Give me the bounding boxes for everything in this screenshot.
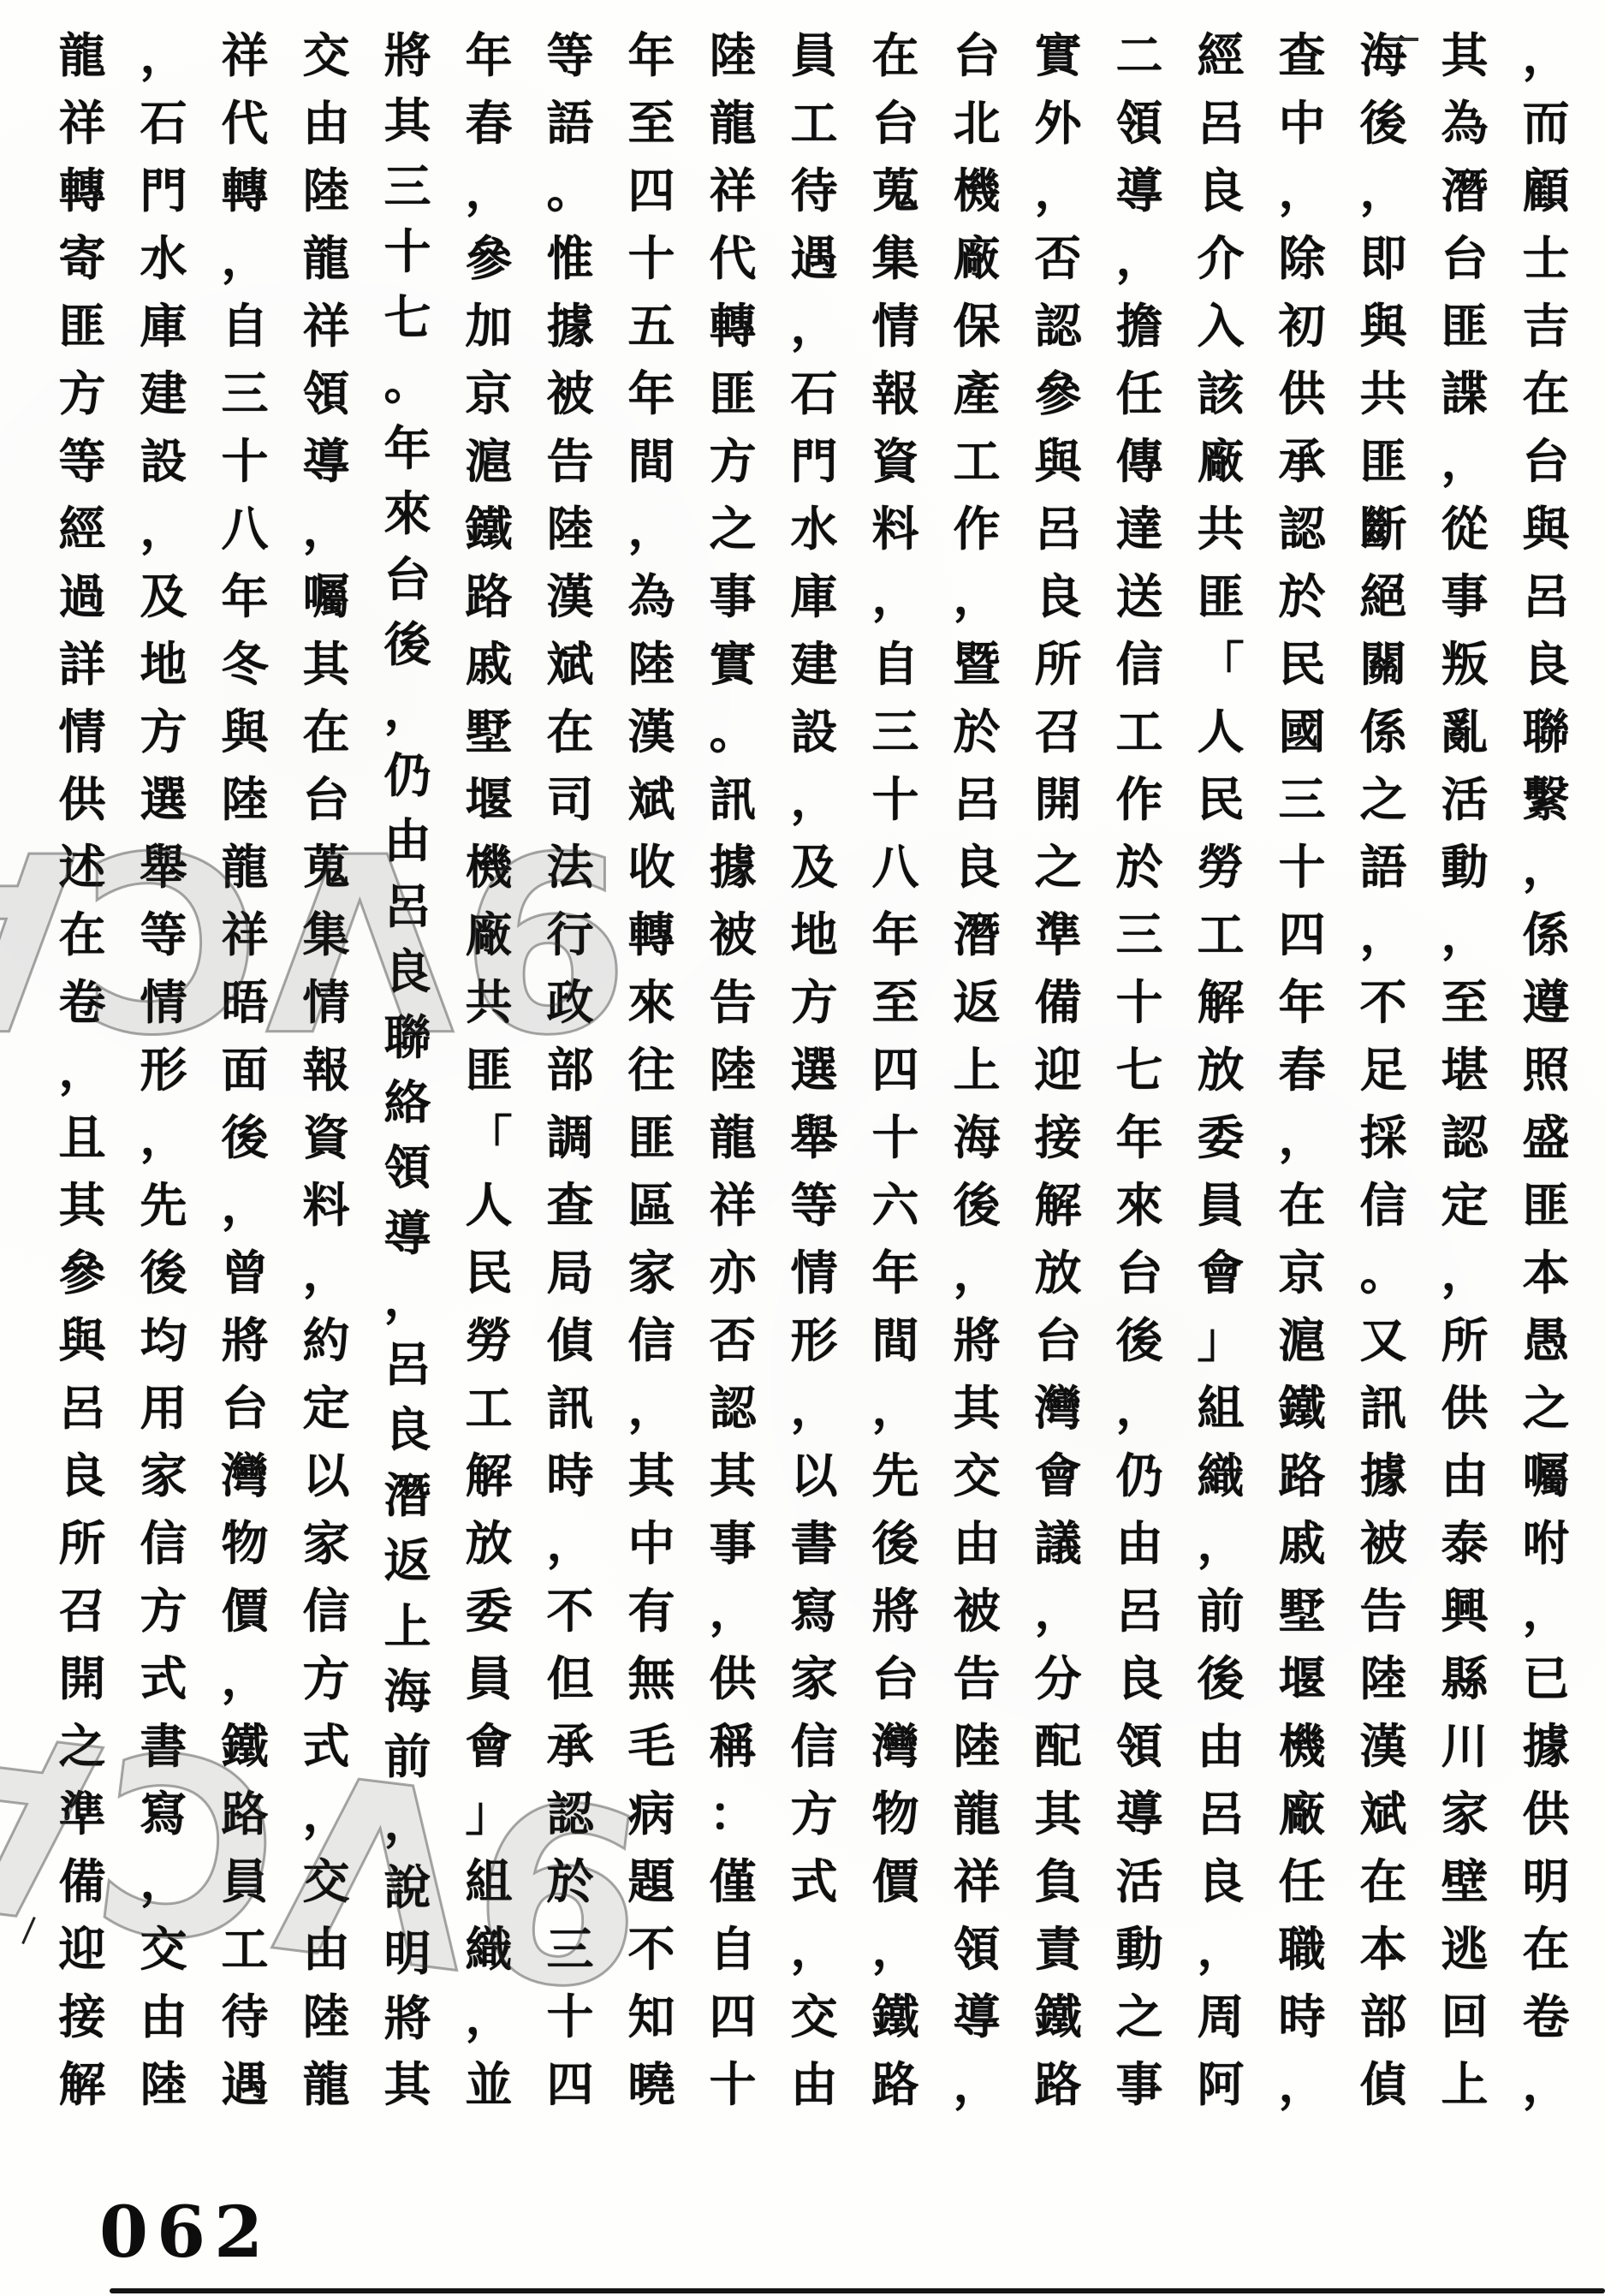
glyph: 由 [302, 1926, 349, 1973]
glyph: 吉 [1522, 303, 1569, 350]
glyph: 前 [383, 1734, 431, 1781]
glyph: 台 [1115, 1250, 1162, 1297]
glyph: 無 [627, 1656, 675, 1703]
glyph: 遵 [1522, 979, 1569, 1026]
glyph: 工 [790, 100, 837, 147]
glyph: 聯 [383, 1014, 431, 1062]
glyph: 查 [546, 1182, 593, 1229]
glyph: 信 [1359, 1182, 1406, 1229]
glyph: 與 [1522, 506, 1569, 553]
glyph: 稱 [709, 1723, 756, 1770]
glyph: 其 [383, 98, 431, 145]
glyph: 十 [871, 1115, 918, 1162]
glyph: 於 [546, 1859, 593, 1906]
glyph: 物 [871, 1791, 918, 1838]
glyph: 至 [871, 979, 918, 1026]
glyph: 卷 [1522, 1994, 1569, 2041]
glyph: 龍 [302, 2061, 349, 2109]
glyph: ， [871, 1385, 918, 1432]
glyph: 石 [140, 100, 187, 147]
glyph: 領 [1115, 1723, 1162, 1770]
glyph: 放 [465, 1520, 512, 1567]
glyph: 資 [871, 438, 918, 485]
scan-edge-artifact [110, 2288, 1605, 2293]
glyph: ， [1197, 1520, 1244, 1567]
glyph: 承 [1278, 438, 1325, 485]
glyph: 動 [1441, 844, 1488, 891]
glyph: 方 [140, 709, 187, 756]
text-column: 年春，參加京滬鐵路戚墅堰機廠共匪「人民勞工解放委員會」組織，並 [459, 33, 519, 2109]
glyph: 晤 [221, 979, 268, 1026]
glyph: 召 [58, 1588, 105, 1635]
glyph: ， [790, 303, 837, 350]
glyph: ， [1441, 438, 1488, 485]
glyph: 毛 [627, 1723, 675, 1770]
text-column: 祥代轉，自三十八年冬與陸龍祥晤面後，曾將台灣物價，鐵路員工待遇 [215, 33, 275, 2109]
glyph: 陸 [546, 506, 593, 553]
glyph: 集 [302, 912, 349, 959]
glyph: 準 [1034, 912, 1081, 959]
glyph: 事 [1441, 574, 1488, 621]
glyph: ， [465, 168, 512, 215]
glyph: 工 [1115, 709, 1162, 756]
glyph: 題 [627, 1859, 675, 1906]
glyph: 台 [1034, 1318, 1081, 1365]
glyph: ， [871, 1926, 918, 1973]
glyph: 聯 [1522, 709, 1569, 756]
glyph: 收 [627, 844, 675, 891]
glyph: 曉 [627, 2061, 675, 2109]
glyph: 語 [1359, 844, 1406, 891]
glyph: 集 [871, 235, 918, 283]
glyph: 龍 [709, 100, 756, 147]
glyph: 斌 [546, 641, 593, 688]
glyph: 呂 [1115, 1588, 1162, 1635]
glyph: 被 [953, 1588, 1000, 1635]
glyph: 之 [58, 1723, 105, 1770]
glyph: 十 [871, 776, 918, 824]
glyph: 北 [953, 100, 1000, 147]
glyph: 外 [1034, 100, 1081, 147]
glyph: 認 [709, 1385, 756, 1432]
glyph: 匪 [1359, 438, 1406, 485]
glyph: 達 [1115, 506, 1162, 553]
glyph: 墅 [1278, 1588, 1325, 1635]
glyph: 供 [1522, 1791, 1569, 1838]
glyph: 呂 [1522, 574, 1569, 621]
glyph: 周 [1197, 1994, 1244, 2041]
glyph: 用 [140, 1385, 187, 1432]
glyph: 祥 [58, 100, 105, 147]
glyph: 資 [302, 1115, 349, 1162]
glyph: 被 [1359, 1520, 1406, 1567]
glyph: ， [383, 1276, 431, 1323]
glyph: 匪 [1441, 303, 1488, 350]
glyph: ， [1197, 1926, 1244, 1973]
glyph: 十 [1278, 844, 1325, 891]
scanned-document-page: { "document": { "page_number": "062", "w… [0, 0, 1605, 2296]
glyph: 匪 [709, 371, 756, 418]
glyph: 放 [1197, 1047, 1244, 1094]
glyph: 後 [1115, 1318, 1162, 1365]
glyph: 之 [1034, 844, 1081, 891]
glyph: 有 [627, 1588, 675, 1635]
text-column: 等語。惟據被告陸漢斌在司法行政部調查局偵訊時，不但承認於三十四 [540, 33, 600, 2109]
glyph: 選 [140, 776, 187, 824]
glyph: 祥 [302, 303, 349, 350]
glyph: 部 [1359, 1994, 1406, 2041]
glyph: ， [627, 1385, 675, 1432]
glyph: 將 [383, 1996, 431, 2043]
glyph: 鐵 [1278, 1385, 1325, 1432]
glyph: 絕 [1359, 574, 1406, 621]
glyph: 十 [709, 2061, 756, 2109]
glyph: 導 [1115, 168, 1162, 215]
glyph: 後 [871, 1520, 918, 1567]
glyph: 方 [140, 1588, 187, 1635]
glyph: 至 [1441, 979, 1488, 1026]
glyph: 自 [871, 641, 918, 688]
glyph: 年 [465, 33, 512, 80]
glyph: 呂 [383, 883, 431, 931]
glyph: 京 [1278, 1250, 1325, 1297]
glyph: 動 [1115, 1926, 1162, 1973]
glyph: 訊 [546, 1385, 593, 1432]
glyph: 情 [302, 979, 349, 1026]
glyph: 暨 [953, 641, 1000, 688]
glyph: 門 [790, 438, 837, 485]
glyph: ， [465, 1994, 512, 2041]
glyph: 等 [140, 912, 187, 959]
glyph: 信 [627, 1318, 675, 1365]
glyph: 仍 [383, 752, 431, 800]
glyph: 後 [953, 1182, 1000, 1229]
glyph: 春 [465, 100, 512, 147]
glyph: 國 [1278, 709, 1325, 756]
glyph: 不 [546, 1588, 593, 1635]
glyph: 放 [1034, 1250, 1081, 1297]
glyph: 由 [1115, 1520, 1162, 1567]
glyph: 除 [1278, 235, 1325, 283]
glyph: 。 [1359, 1250, 1406, 1297]
glyph: 實 [1034, 33, 1081, 80]
glyph: 活 [1115, 1859, 1162, 1906]
glyph: 以 [302, 1453, 349, 1500]
glyph: 分 [1034, 1656, 1081, 1703]
glyph: 仍 [1115, 1453, 1162, 1500]
glyph: 解 [1034, 1182, 1081, 1229]
glyph: 機 [465, 844, 512, 891]
glyph: 據 [1522, 1723, 1569, 1770]
glyph: 後 [221, 1115, 268, 1162]
glyph: 在 [871, 33, 918, 80]
glyph: 為 [1441, 100, 1488, 147]
text-column: 經呂良介入該廠共匪「人民勞工解放委員會」組織，前後由呂良，周阿 [1191, 33, 1251, 2109]
glyph: 人 [465, 1182, 512, 1229]
glyph: 領 [1115, 100, 1162, 147]
glyph: 海 [383, 1668, 431, 1716]
glyph: 方 [790, 979, 837, 1026]
glyph: 告 [953, 1656, 1000, 1703]
glyph: 亦 [709, 1250, 756, 1297]
glyph: 鐵 [871, 1994, 918, 2041]
glyph: 之 [709, 506, 756, 553]
glyph: 共 [1359, 371, 1406, 418]
glyph: 年 [871, 912, 918, 959]
glyph: 接 [58, 1994, 105, 2041]
glyph: 返 [953, 979, 1000, 1026]
glyph: 作 [1115, 776, 1162, 824]
glyph: 形 [140, 1047, 187, 1094]
glyph: 灣 [221, 1453, 268, 1500]
glyph: 介 [1197, 235, 1244, 283]
glyph: 轉 [221, 168, 268, 215]
glyph: 設 [790, 709, 837, 756]
glyph: 人 [1197, 709, 1244, 756]
glyph: ， [302, 1791, 349, 1838]
glyph: 十 [627, 235, 675, 283]
glyph: 建 [140, 371, 187, 418]
glyph: 信 [302, 1588, 349, 1635]
glyph: 滬 [465, 438, 512, 485]
glyph: ： [709, 1791, 756, 1838]
glyph: 陸 [709, 1047, 756, 1094]
text-column: 龍祥轉寄匪方等經過詳情供述在卷，且其參與呂良所召開之準備迎接解 [52, 33, 112, 2109]
glyph: 匪 [627, 1115, 675, 1162]
glyph: ， [140, 506, 187, 553]
glyph: 陸 [953, 1723, 1000, 1770]
glyph: 員 [1197, 1182, 1244, 1229]
glyph: 龍 [221, 844, 268, 891]
glyph: 戚 [1278, 1520, 1325, 1567]
glyph: 據 [1359, 1453, 1406, 1500]
glyph: 報 [302, 1047, 349, 1094]
glyph: 泰 [1441, 1520, 1488, 1567]
glyph: 將 [871, 1588, 918, 1635]
glyph: 堰 [1278, 1656, 1325, 1703]
glyph: ， [1441, 1250, 1488, 1297]
glyph: 供 [709, 1656, 756, 1703]
glyph: 路 [1034, 2061, 1081, 2109]
glyph: 任 [1278, 1859, 1325, 1906]
glyph: 負 [1034, 1859, 1081, 1906]
glyph: 三 [871, 709, 918, 756]
glyph: 議 [1034, 1520, 1081, 1567]
glyph: 廠 [1197, 438, 1244, 485]
glyph: 良 [1034, 574, 1081, 621]
glyph: 建 [790, 641, 837, 688]
glyph: 召 [1034, 709, 1081, 756]
glyph: 陸 [302, 168, 349, 215]
glyph: 呂 [1197, 100, 1244, 147]
glyph: 任 [1115, 371, 1162, 418]
glyph: 漢 [627, 709, 675, 756]
glyph: 工 [465, 1385, 512, 1432]
glyph: 料 [871, 506, 918, 553]
glyph: 由 [953, 1520, 1000, 1567]
glyph: 信 [790, 1723, 837, 1770]
glyph: 之 [1359, 776, 1406, 824]
glyph: 漢 [1359, 1723, 1406, 1770]
glyph: 委 [1197, 1115, 1244, 1162]
glyph: 送 [1115, 574, 1162, 621]
glyph: 年 [627, 371, 675, 418]
glyph: 偵 [546, 1318, 593, 1365]
glyph: 中 [627, 1520, 675, 1567]
glyph: 四 [546, 2061, 593, 2109]
glyph: 舉 [790, 1115, 837, 1162]
glyph: 告 [1359, 1588, 1406, 1635]
glyph: 開 [58, 1656, 105, 1703]
text-column: 將其三十七。年來台後，仍由呂良聯絡領導，呂良潛返上海前，說明將其 [377, 33, 437, 2109]
glyph: 水 [790, 506, 837, 553]
glyph: 訊 [709, 776, 756, 824]
glyph: 以 [790, 1453, 837, 1500]
glyph: 年 [627, 33, 675, 80]
glyph: 呂 [1197, 1791, 1244, 1838]
glyph: 僅 [709, 1859, 756, 1906]
glyph: 其 [1034, 1791, 1081, 1838]
glyph: 上 [1441, 2061, 1488, 2109]
glyph: 台 [871, 100, 918, 147]
glyph: 祥 [709, 1182, 756, 1229]
glyph: 春 [1278, 1047, 1325, 1094]
glyph: ， [302, 506, 349, 553]
glyph: 灣 [871, 1723, 918, 1770]
glyph: 至 [627, 100, 675, 147]
glyph: 供 [58, 776, 105, 824]
glyph: 在 [546, 709, 593, 756]
glyph: 價 [871, 1859, 918, 1906]
glyph: 偵 [1359, 2061, 1406, 2109]
glyph: 與 [221, 709, 268, 756]
glyph: 於 [1115, 844, 1162, 891]
text-column: 員工待遇，石門水庫建設，及地方選舉等情形，以書寫家信方式，交由 [784, 33, 844, 2109]
glyph: 鐵 [1034, 1994, 1081, 2041]
glyph: 台 [302, 776, 349, 824]
glyph: 台 [953, 33, 1000, 80]
glyph: 事 [709, 1520, 756, 1567]
glyph: 寫 [140, 1791, 187, 1838]
glyph: 代 [221, 100, 268, 147]
glyph: 逃 [1441, 1926, 1488, 1973]
glyph: 準 [58, 1791, 105, 1838]
glyph: 認 [1034, 303, 1081, 350]
glyph: 陸 [1359, 1656, 1406, 1703]
glyph: ， [302, 1250, 349, 1297]
glyph: 訊 [1359, 1385, 1406, 1432]
glyph: 十 [383, 229, 431, 276]
glyph: 知 [627, 1994, 675, 2041]
glyph: 開 [1034, 776, 1081, 824]
glyph: 交 [140, 1926, 187, 1973]
glyph: 定 [302, 1385, 349, 1432]
glyph: 縣 [1441, 1656, 1488, 1703]
glyph: 庫 [140, 303, 187, 350]
glyph: 認 [1441, 1115, 1488, 1162]
glyph: 民 [1278, 641, 1325, 688]
glyph: 蒐 [871, 168, 918, 215]
glyph: 顧 [1522, 168, 1569, 215]
glyph: 導 [383, 1210, 431, 1258]
glyph: 良 [383, 1407, 431, 1454]
glyph: 據 [546, 303, 593, 350]
glyph: 呂 [58, 1385, 105, 1432]
text-column: ，而顧士吉在台與呂良聯繫，係遵照盛匪本愚之囑咐，已據供明在卷， [1516, 33, 1576, 2109]
glyph: 行 [546, 912, 593, 959]
glyph: 組 [465, 1859, 512, 1906]
text-column: 查中，除初供承認於民國三十四年春，在京滬鐵路戚墅堰機廠任職時， [1272, 33, 1332, 2109]
glyph: 後 [1359, 100, 1406, 147]
glyph: 採 [1359, 1115, 1406, 1162]
glyph: 三 [1115, 912, 1162, 959]
glyph: 回 [1441, 1994, 1488, 2041]
glyph: 交 [953, 1453, 1000, 1500]
glyph: 在 [1522, 1926, 1569, 1973]
glyph: 調 [546, 1115, 593, 1162]
glyph: 工 [953, 438, 1000, 485]
glyph: 滬 [1278, 1318, 1325, 1365]
glyph: 信 [1115, 641, 1162, 688]
glyph: 台 [1441, 235, 1488, 283]
glyph: 龍 [58, 33, 105, 80]
glyph: 斌 [1359, 1791, 1406, 1838]
glyph: ， [1522, 33, 1569, 80]
glyph: 機 [1278, 1723, 1325, 1770]
text-column: 陸龍祥代轉匪方之事實。訊據被告陸龍祥亦否認其事，供稱：僅自四十 [703, 33, 763, 2109]
glyph: 情 [140, 979, 187, 1026]
glyph: 前 [1197, 1588, 1244, 1635]
glyph: 興 [1441, 1588, 1488, 1635]
glyph: 備 [1034, 979, 1081, 1026]
glyph: 明 [1522, 1859, 1569, 1906]
glyph: 經 [58, 506, 105, 553]
text-column: 年至四十五年間，為陸漢斌收轉來往匪區家信，其中有無毛病題不知曉 [621, 33, 681, 2109]
glyph: 陸 [140, 2061, 187, 2109]
glyph: 據 [709, 844, 756, 891]
glyph: 廠 [1278, 1791, 1325, 1838]
glyph: 轉 [627, 912, 675, 959]
glyph: 料 [302, 1182, 349, 1229]
glyph: 家 [627, 1250, 675, 1297]
glyph: 形 [790, 1318, 837, 1365]
glyph: ， [1278, 168, 1325, 215]
glyph: 等 [546, 33, 593, 80]
glyph: 陸 [221, 776, 268, 824]
glyph: 上 [383, 1603, 431, 1651]
glyph: 導 [953, 1994, 1000, 2041]
glyph: 迎 [58, 1926, 105, 1973]
glyph: 交 [302, 1859, 349, 1906]
glyph: 陸 [709, 33, 756, 80]
glyph: 匪 [58, 303, 105, 350]
glyph: 從 [1441, 506, 1488, 553]
glyph: 遇 [221, 2061, 268, 2109]
glyph: 之 [1115, 1994, 1162, 2041]
glyph: 三 [383, 164, 431, 211]
glyph: 工 [221, 1926, 268, 1973]
glyph: ， [1115, 1385, 1162, 1432]
glyph: 方 [790, 1791, 837, 1838]
glyph: 咐 [1522, 1520, 1569, 1567]
glyph: 部 [546, 1047, 593, 1094]
glyph: 加 [465, 303, 512, 350]
glyph: ， [1522, 844, 1569, 891]
glyph: 政 [546, 979, 593, 1026]
glyph: 戚 [465, 641, 512, 688]
glyph: 路 [465, 574, 512, 621]
glyph: 囑 [302, 574, 349, 621]
